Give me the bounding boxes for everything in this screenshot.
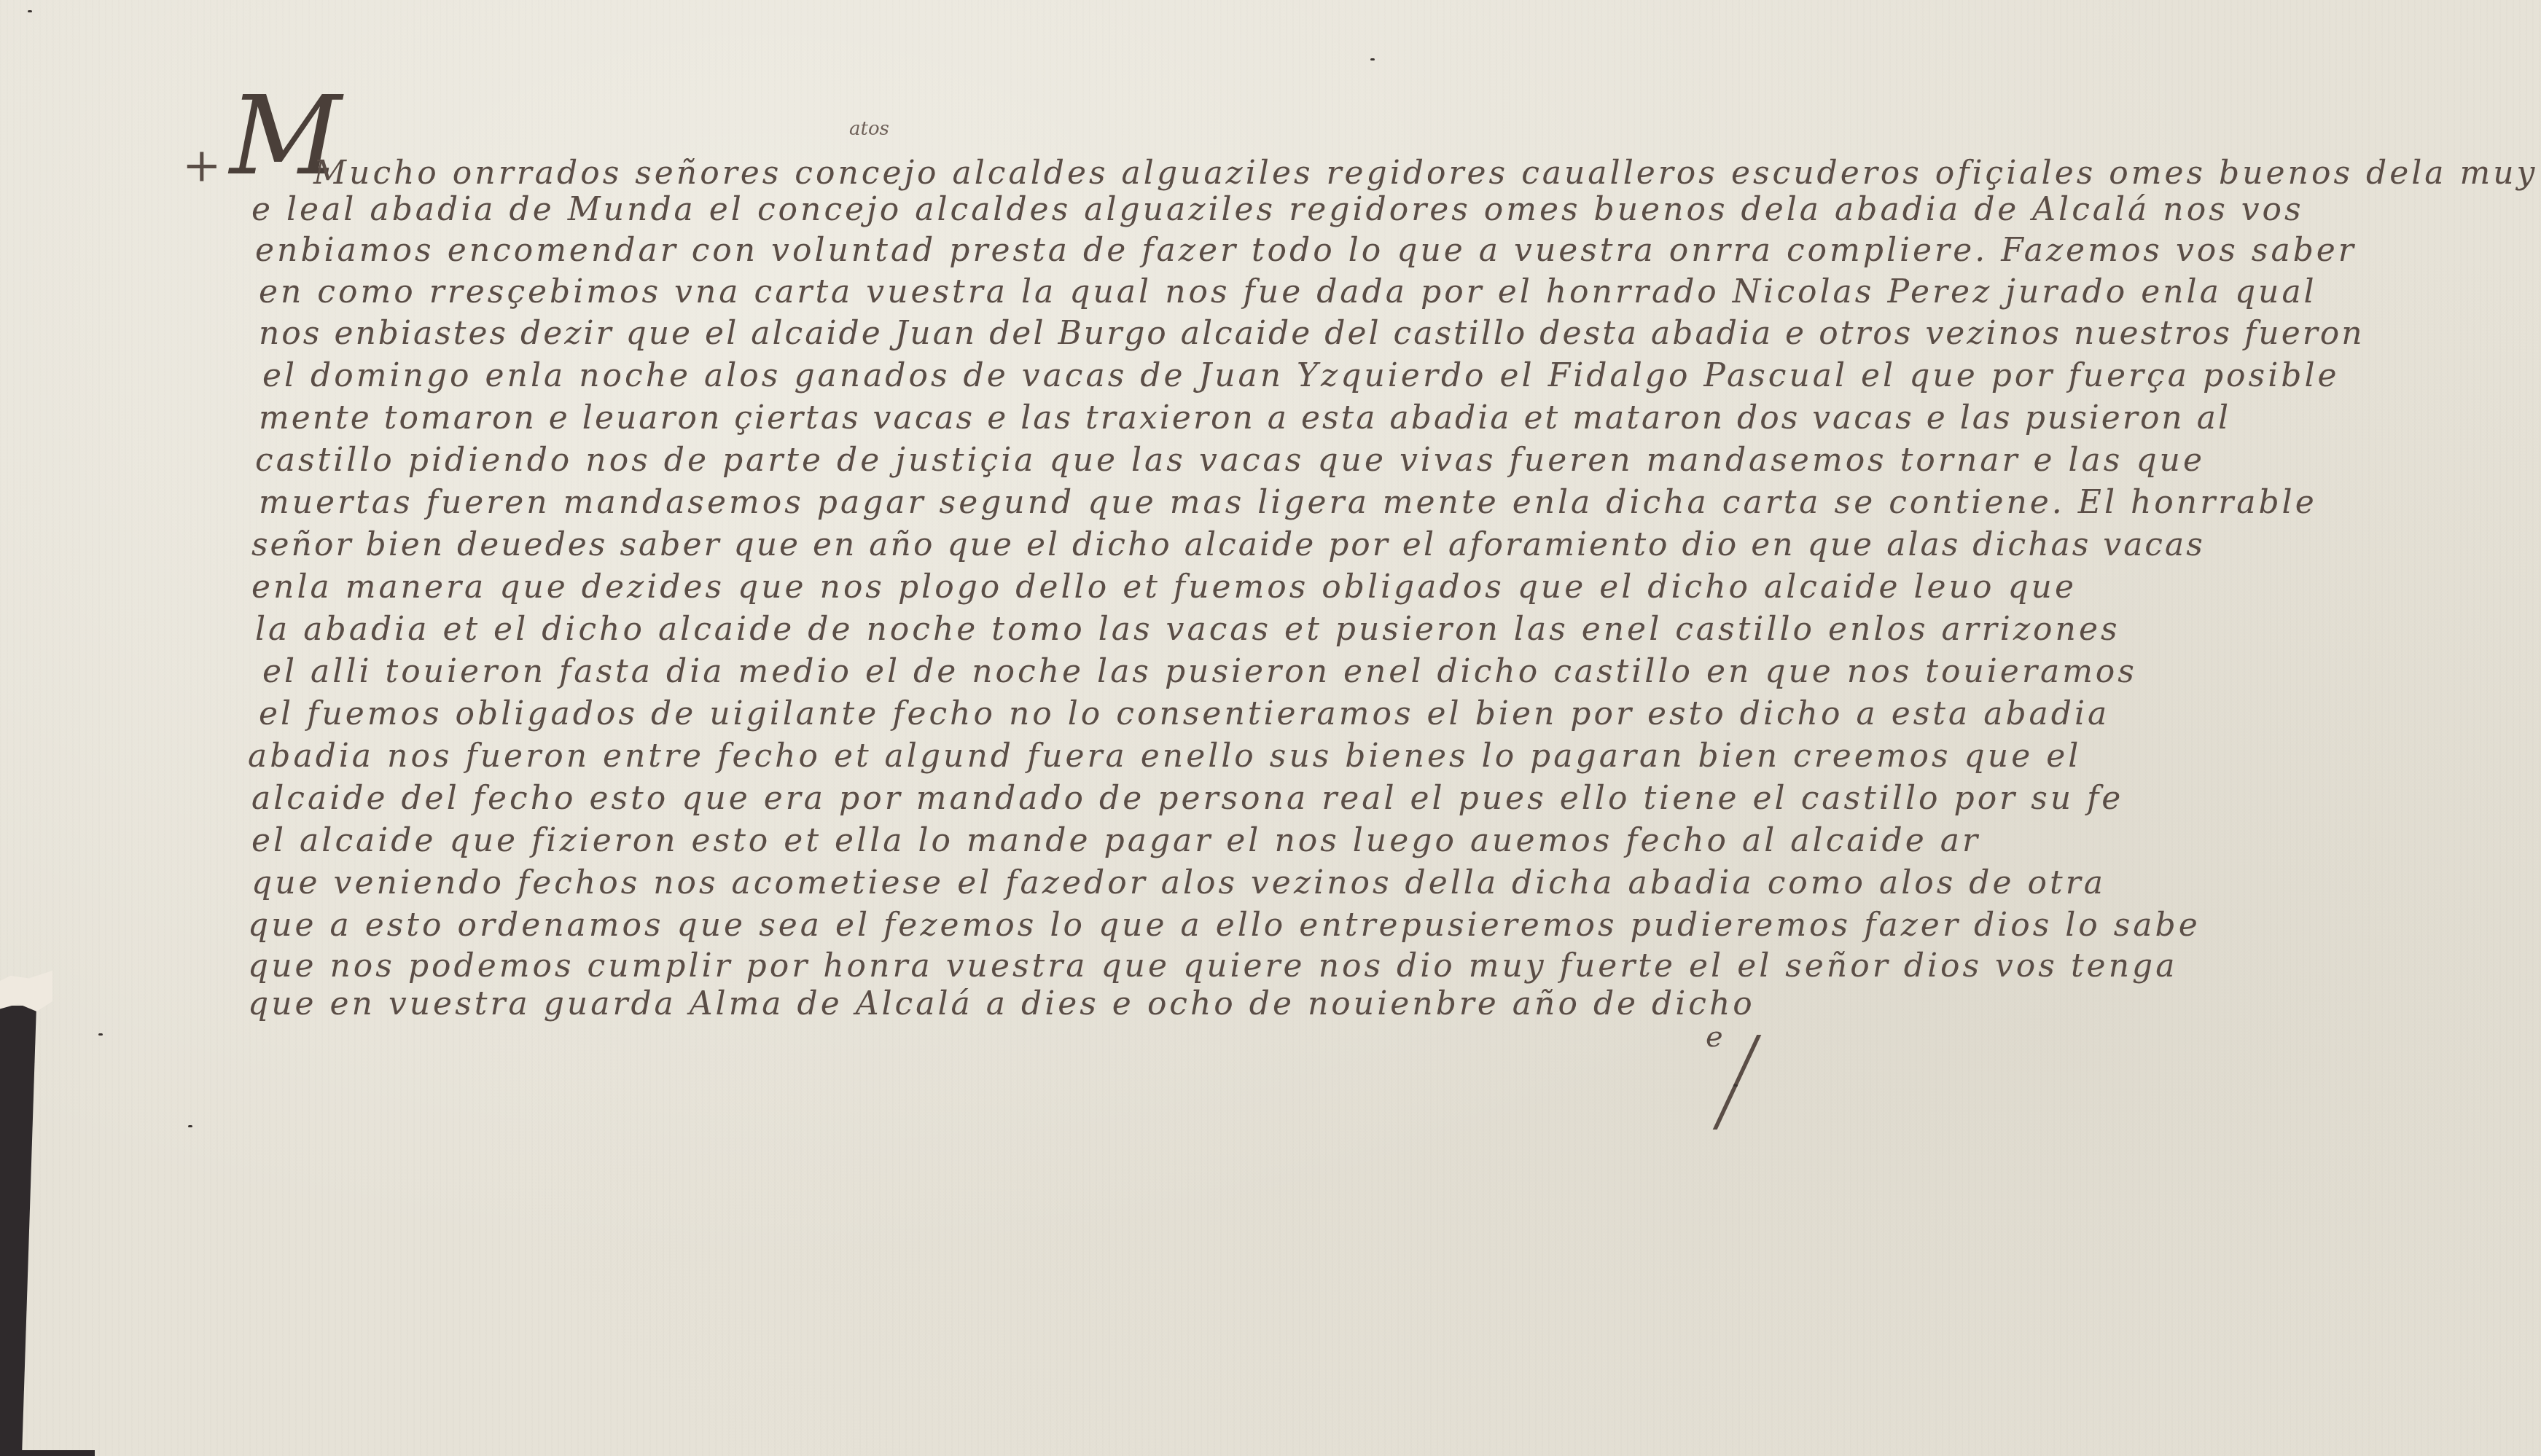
ink-speck (1370, 58, 1375, 60)
ink-speck (1733, 1084, 1738, 1087)
text-line-11: enla manera que dezides que nos plogo de… (251, 568, 2077, 606)
text-line-18: que veniendo fechos nos acometiese el fa… (251, 864, 2106, 901)
text-line-10: señor bien deuedes saber que en año que … (251, 526, 2205, 563)
text-line-19: que a esto ordenamos que sea el fezemos … (248, 907, 2201, 944)
text-line-22-closing: e (1706, 1020, 1725, 1054)
text-line-6: el domingo enla noche alos ganados de va… (262, 357, 2340, 394)
text-line-16: alcaide del fecho esto que era por manda… (251, 780, 2123, 817)
dark-backdrop-edge (0, 1006, 36, 1456)
text-line-4: en como rresçebimos vna carta vuestra la… (259, 273, 2317, 310)
interlinear-insertion: atos (849, 118, 889, 140)
text-line-3: enbiamos encomendar con voluntad presta … (255, 232, 2357, 269)
dark-backdrop-bottom (0, 1450, 95, 1456)
torn-paper-edge (0, 960, 52, 1011)
text-line-14: el fuemos obligados de uigilante fecho n… (259, 695, 2109, 732)
margin-cross-icon: + (182, 138, 222, 192)
text-line-13: el alli touieron fasta dia medio el de n… (262, 653, 2137, 690)
ink-speck (98, 1033, 103, 1036)
text-line-20: que nos podemos cumplir por honra vuestr… (248, 947, 2177, 985)
text-line-1: Mucho onrrados señores concejo alcaldes … (313, 154, 2541, 192)
text-line-5: nos enbiastes dezir que el alcaide Juan … (259, 315, 2365, 352)
text-line-17: el alcaide que fizieron esto et ella lo … (251, 822, 1980, 859)
text-line-15: abadia nos fueron entre fecho et algund … (248, 737, 2081, 775)
text-line-12: la abadia et el dicho alcaide de noche t… (255, 611, 2120, 648)
ink-speck (188, 1125, 192, 1127)
text-line-2: e leal abadia de Munda el concejo alcald… (251, 191, 2304, 228)
manuscript-page: + M atos Mucho onrrados señores concejo … (0, 0, 2541, 1456)
text-line-7: mente tomaron e leuaron çiertas vacas e … (259, 399, 2230, 437)
closing-flourish-icon (1713, 1035, 1806, 1130)
ink-speck (28, 10, 32, 12)
text-line-9: muertas fueren mandasemos pagar segund q… (259, 484, 2317, 521)
text-line-21: que en vuestra guarda Alma de Alcalá a d… (248, 985, 1755, 1022)
text-line-8: castillo pidiendo nos de parte de justiç… (255, 442, 2205, 479)
